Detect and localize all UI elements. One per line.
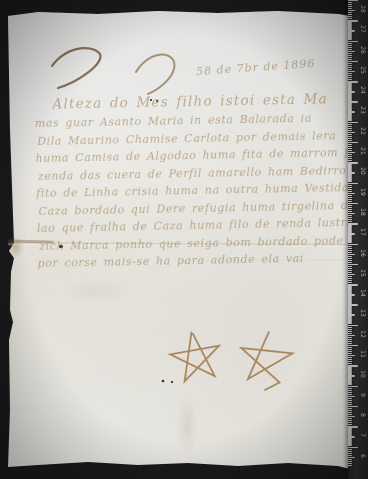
ruler-number: 28	[358, 4, 366, 14]
ruler-tick	[348, 341, 352, 342]
ruler-tick	[348, 383, 352, 384]
ruler-tick	[348, 43, 352, 44]
ruler-tick	[348, 160, 352, 161]
ruler-tick	[348, 392, 352, 393]
ruler-cm-segment: 11	[348, 345, 368, 365]
ruler-tick	[348, 124, 352, 125]
photo-stage: 58 de 7br de 1896 Alteza do Mes filho is…	[0, 0, 368, 479]
ruler-cm-segment: 24	[348, 81, 368, 101]
ruler-tick	[348, 197, 352, 198]
ruler-tick	[348, 49, 352, 50]
ruler-tick	[348, 47, 352, 48]
ruler-number: 17	[358, 227, 366, 237]
ruler-tick	[348, 53, 352, 54]
ruler-tick	[348, 18, 352, 19]
ruler-tick	[348, 57, 352, 58]
ruler-number: 23	[358, 105, 366, 115]
ruler-number: 12	[358, 329, 366, 339]
ruler-cm-segment: 8	[348, 406, 368, 426]
ruler-number: 22	[358, 126, 366, 136]
ruler-tick	[348, 402, 352, 403]
ruler-tick	[348, 119, 352, 120]
ruler-tick	[348, 363, 352, 364]
ruler-number: 9	[358, 390, 366, 400]
ruler-tick	[348, 191, 352, 192]
ruler-number: 24	[358, 85, 366, 95]
ruler-cm-segment: 18	[348, 203, 368, 223]
ruler-tick	[348, 55, 352, 56]
ruler-tick	[348, 126, 352, 127]
ruler-tick	[348, 136, 352, 137]
ruler-cm-segment: 13	[348, 304, 368, 324]
ruler-tick	[348, 444, 352, 445]
pentagram-star-icon	[170, 332, 219, 381]
ruler-number: 11	[358, 349, 366, 359]
ruler-number: 21	[358, 146, 366, 156]
ruler-number: 10	[358, 369, 366, 379]
ruler-tick	[348, 246, 352, 247]
ruler-tick	[348, 453, 352, 454]
ruler-tick	[348, 447, 358, 448]
ruler-tick	[348, 404, 352, 405]
ruler-tick	[348, 132, 355, 133]
ruler-tick	[348, 189, 352, 190]
ruler-tick	[348, 183, 358, 184]
ruler-tick	[348, 241, 352, 242]
ruler-number: 14	[358, 288, 366, 298]
ruler-number: 27	[358, 24, 366, 34]
ruler-number: 8	[358, 410, 366, 420]
ruler-number: 16	[358, 248, 366, 258]
ruler-tick	[348, 193, 355, 194]
ruler-tick	[348, 333, 352, 334]
ruler-cm-segment: 9	[348, 386, 368, 406]
ruler-number: 20	[358, 166, 366, 176]
ruler-tick	[348, 180, 352, 181]
ruler-tick	[348, 130, 352, 131]
ruler-tick	[348, 140, 352, 141]
ruler-tick	[348, 424, 352, 425]
ruler-tick	[348, 138, 352, 139]
ruler-tick	[348, 134, 352, 135]
ruler-tick	[348, 260, 352, 261]
ruler-cm-segment: 14	[348, 284, 368, 304]
ruler-cm-segment: 6	[348, 447, 368, 467]
ruler-tick	[348, 343, 352, 344]
ruler-tick	[348, 128, 352, 129]
ruler-tick	[348, 252, 352, 253]
ruler-tick	[348, 262, 352, 263]
ruler-cm-segment: 10	[348, 365, 368, 385]
ruler-number: 15	[358, 268, 366, 278]
ruler-cm-segment: 20	[348, 162, 368, 182]
ruler-tick	[348, 463, 352, 464]
ruler-tick	[348, 398, 352, 399]
ruler-tick	[348, 248, 352, 249]
ruler-cm-segment: 26	[348, 41, 368, 61]
ruler-tick	[348, 331, 352, 332]
ruler-tick	[348, 386, 358, 387]
ruler-tick	[348, 388, 352, 389]
ruler-tick	[348, 221, 352, 222]
ruler-tick	[348, 254, 355, 255]
ruler-cm-segment: 21	[348, 142, 368, 162]
ink-dot	[171, 381, 173, 383]
ruler-tick	[348, 325, 358, 326]
ruler-cm-segment: 7	[348, 426, 368, 446]
ruler-number: 6	[358, 451, 366, 461]
ruler-tick	[348, 195, 352, 196]
ruler-tick	[348, 451, 352, 452]
ink-dot	[162, 380, 165, 383]
ruler-tick	[348, 337, 352, 338]
ruler-tick	[348, 258, 352, 259]
ruler-tick	[348, 457, 355, 458]
ruler-tick	[348, 400, 352, 401]
ruler-tick	[348, 256, 352, 257]
ruler-tick	[348, 45, 352, 46]
ruler-tick	[348, 459, 352, 460]
ruler-number: 7	[358, 430, 366, 440]
ruler-tick	[348, 99, 352, 100]
measurement-ruler: 2827262524232221201918171615141312111098…	[348, 0, 368, 479]
ruler-tick	[348, 282, 352, 283]
ruler-tick	[348, 335, 355, 336]
manuscript-text: Alteza do Mes filho istoi esta Mamas gua…	[34, 89, 349, 272]
ruler-tick	[348, 250, 352, 251]
ruler-cm-segment: 16	[348, 244, 368, 264]
ruler-tick	[348, 122, 358, 123]
ruler-tick	[348, 339, 352, 340]
ruler-tick	[348, 461, 352, 462]
ruler-tick	[348, 394, 352, 395]
ruler-tick	[348, 322, 352, 323]
ruler-tick	[348, 201, 352, 202]
ruler-cm-segment: 23	[348, 101, 368, 121]
ruler-number: 18	[358, 207, 366, 217]
ruler-cm-segment: 28	[348, 0, 368, 20]
ruler-tick	[348, 199, 352, 200]
ruler-cm-segment: 15	[348, 264, 368, 284]
ruler-tick	[348, 327, 352, 328]
ruler-cm-segment: 27	[348, 20, 368, 40]
ruler-cm-segment: 19	[348, 183, 368, 203]
ruler-tick	[348, 244, 358, 245]
ruler-tick	[348, 38, 352, 39]
ruler-tick	[348, 329, 352, 330]
ruler-tick	[348, 396, 355, 397]
ruler-tick	[348, 185, 352, 186]
ruler-tick	[348, 302, 352, 303]
ruler-tick	[348, 79, 352, 80]
ruler-tick	[348, 390, 352, 391]
ruler-tick	[348, 455, 352, 456]
ruler-tick	[348, 59, 352, 60]
ruler-tick	[348, 51, 355, 52]
ruler-cm-segment: 25	[348, 61, 368, 81]
ruler-number: 19	[358, 187, 366, 197]
ruler-tick	[348, 449, 352, 450]
ruler-number: 26	[358, 45, 366, 55]
ruler-tick	[348, 465, 352, 466]
ruler-number: 25	[358, 65, 366, 75]
ruler-cm-segment: 12	[348, 325, 368, 345]
pentagram-stars	[156, 326, 298, 392]
ruler-cm-segment: 22	[348, 122, 368, 142]
ruler-number: 13	[358, 308, 366, 318]
ruler-cm-segment: 17	[348, 223, 368, 243]
pentagram-star-icon	[241, 332, 292, 390]
ruler-tick	[348, 41, 358, 42]
ruler-tick	[348, 187, 352, 188]
